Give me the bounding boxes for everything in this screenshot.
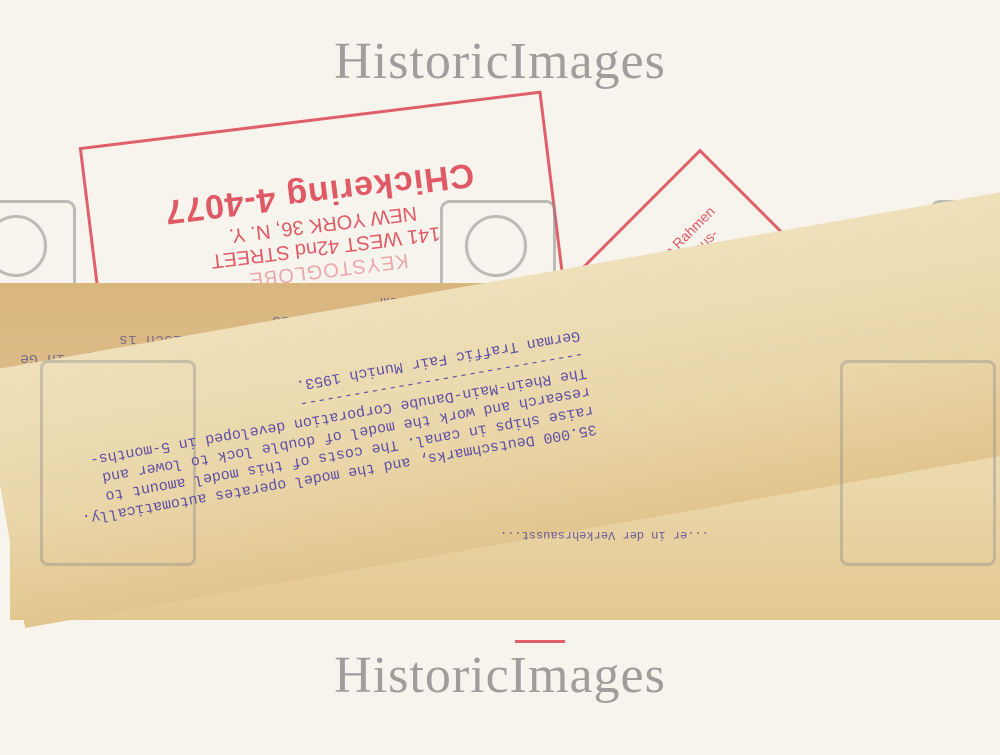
watermark-bottom: HistoricImages bbox=[0, 646, 1000, 705]
stamp-corner bbox=[515, 618, 565, 643]
column-watermark-icon bbox=[840, 360, 996, 566]
camera-watermark-icon bbox=[0, 200, 76, 296]
footer-note: ...er in der Verkehrsausst... bbox=[500, 525, 709, 544]
watermark-top: HistoricImages bbox=[0, 32, 1000, 91]
